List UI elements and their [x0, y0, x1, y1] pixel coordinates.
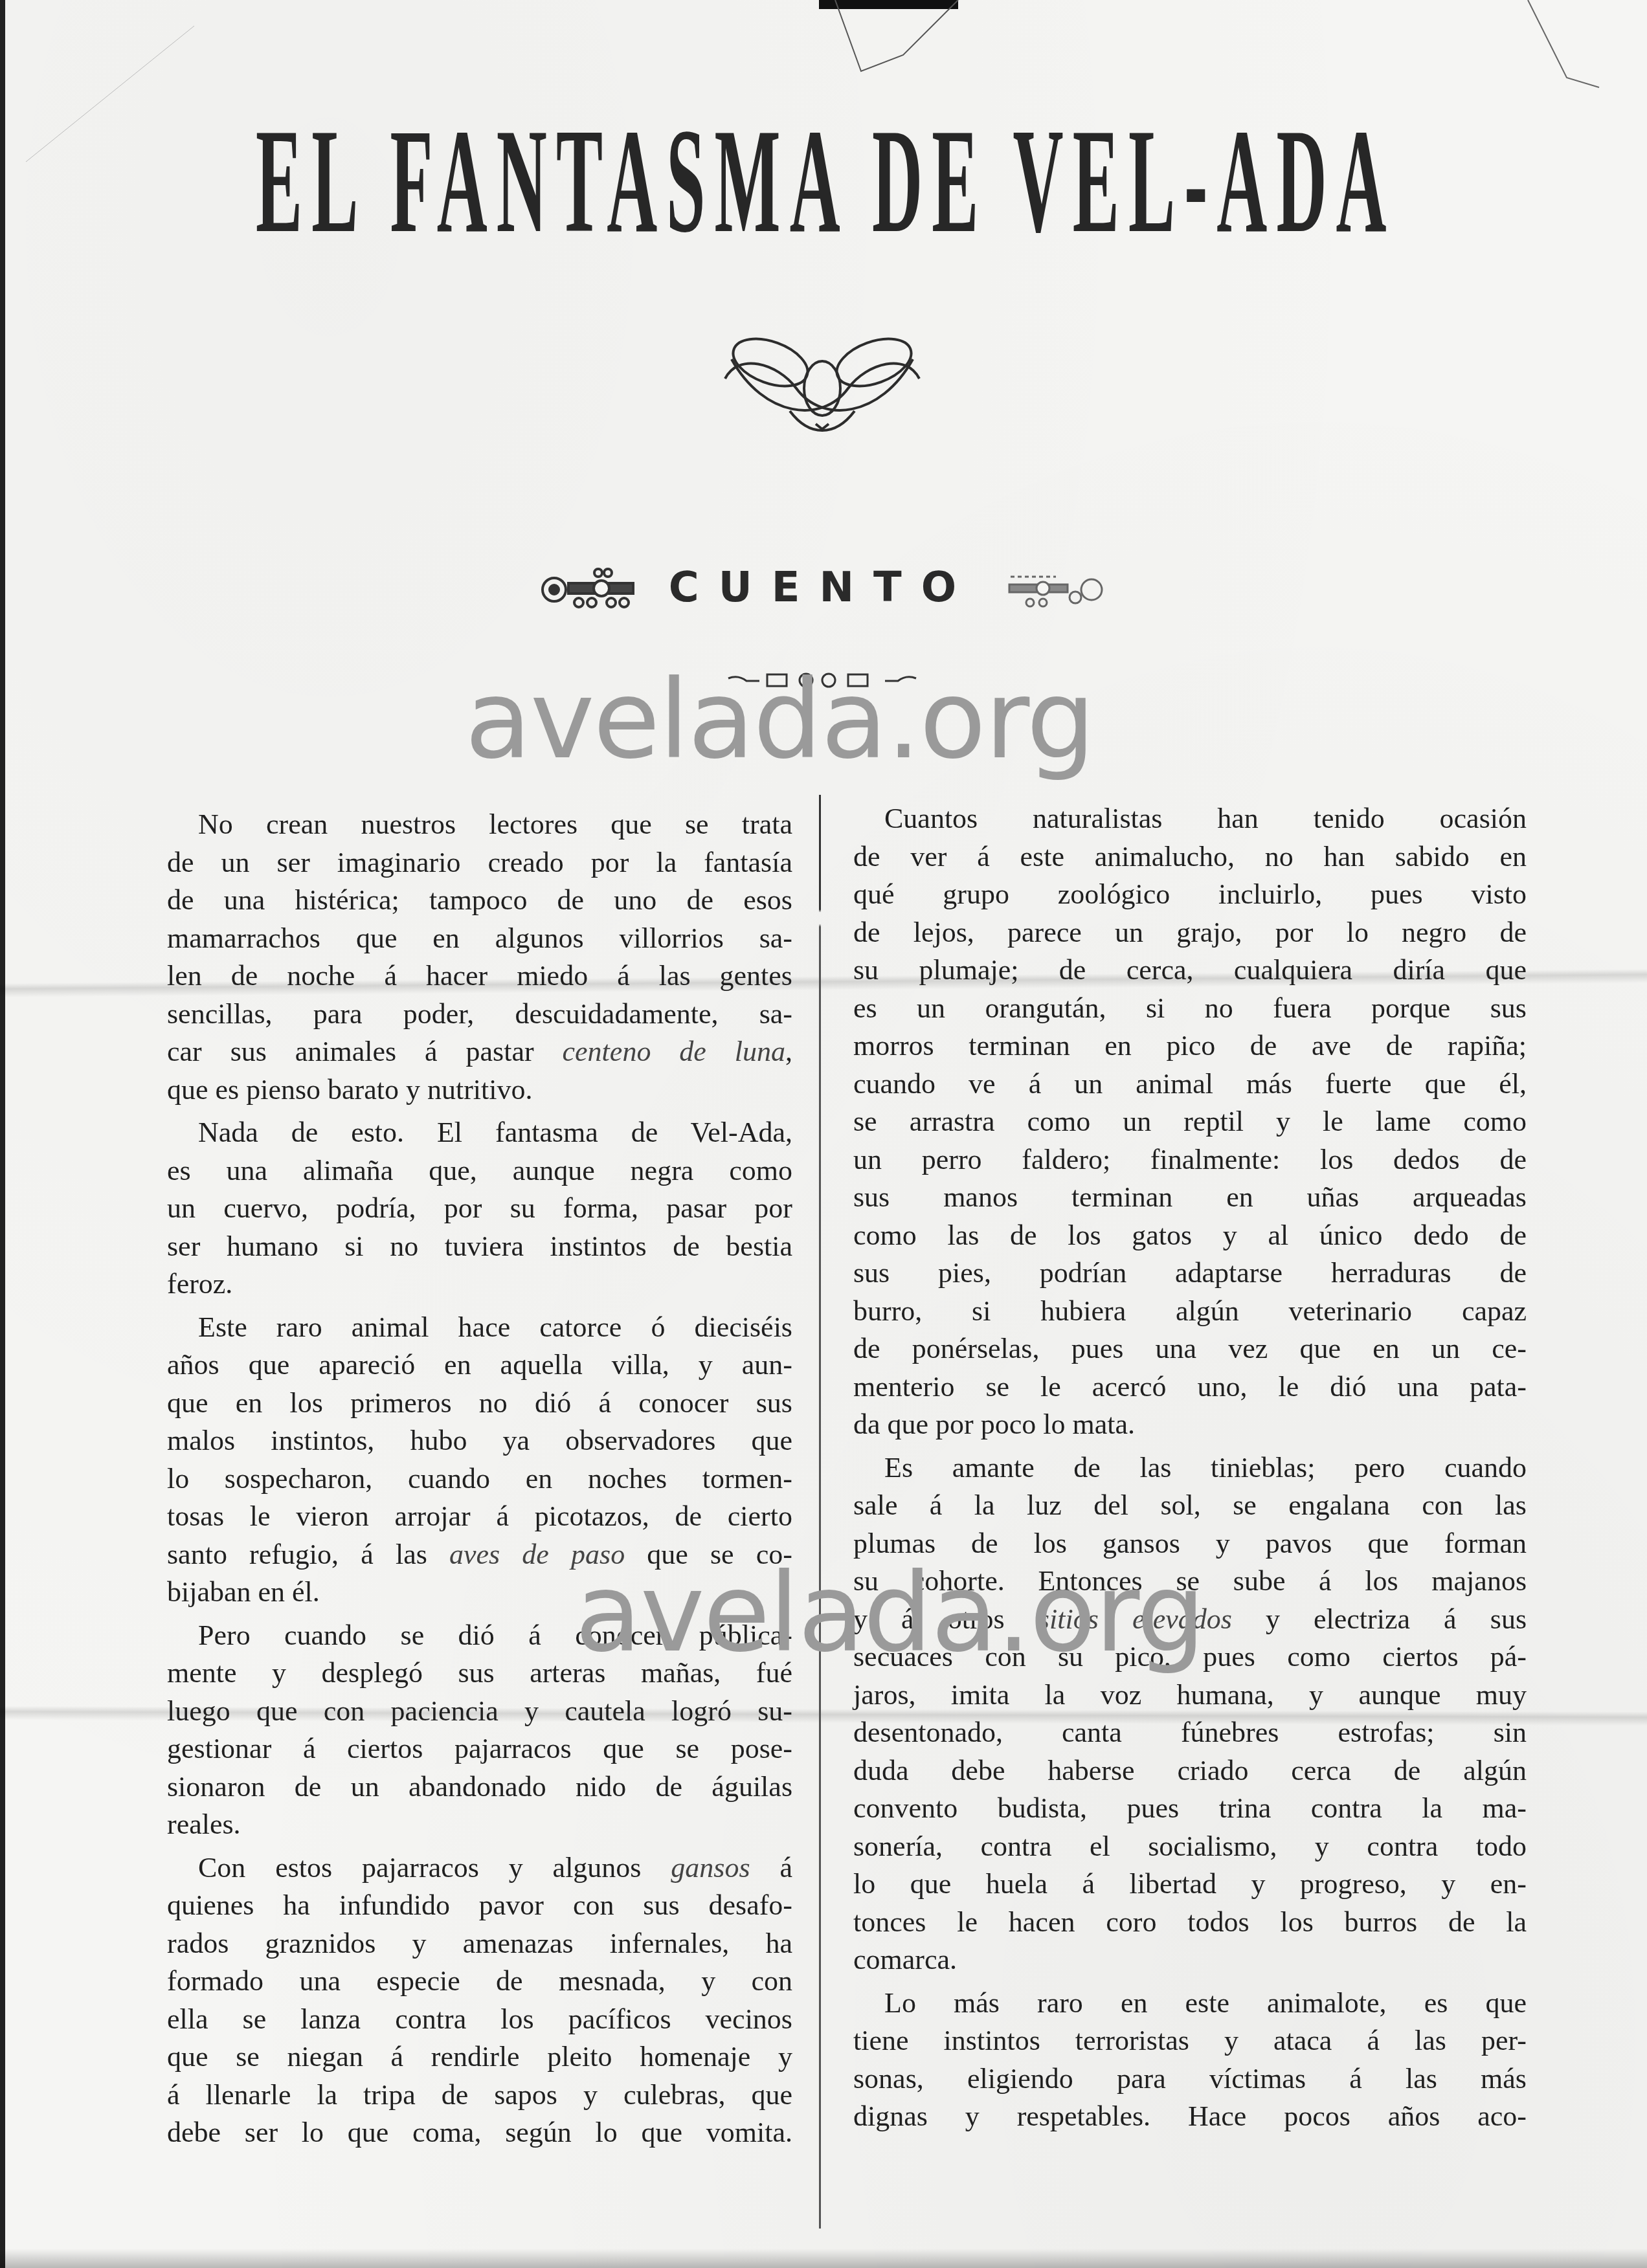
text-line: burro, si hubiera algún veterinario capa…	[853, 1293, 1527, 1331]
text-line: car sus animales á pastar centeno de lun…	[167, 1033, 792, 1071]
text-line: lo que huela á libertad y progreso, y en…	[853, 1865, 1527, 1904]
text-line: tonces le hacen coro todos los burros de…	[853, 1904, 1527, 1942]
text-line: se arrastra como un reptil y le lame com…	[853, 1103, 1527, 1141]
paragraph: Cuantos naturalistas han tenido ocasión …	[853, 800, 1527, 1444]
text-line: sonería, contra el socialismo, y contra …	[853, 1828, 1527, 1866]
text-line: de lejos, parece un grajo, por lo negro …	[853, 914, 1527, 952]
text-line: Con estos pajarracos y algunos gansos á	[167, 1849, 792, 1887]
text-line: que en los primeros no dió á conocer sus	[167, 1384, 792, 1423]
page-left-edge	[0, 0, 5, 2268]
text-line: gestionar á ciertos pajarracos que se po…	[167, 1730, 792, 1768]
text-line: de un ser imaginario creado por la fanta…	[167, 844, 792, 882]
title-text: EL FANTASMA DE VEL-ADA	[256, 117, 773, 246]
paragraph: Nada de esto. El fantasma de Vel-Ada, es…	[167, 1114, 792, 1304]
italic-phrase: centeno de luna	[563, 1036, 785, 1067]
page-title: EL FANTASMA DE VEL-ADA	[256, 117, 1356, 246]
text-line: es un orangután, si no fuera porque sus	[853, 990, 1527, 1028]
text-line: formado una especie de mesnada, y con	[167, 1962, 792, 2001]
text-line: comarca.	[853, 1941, 1527, 1979]
text-line: sus manos terminan en uñas arqueadas	[853, 1179, 1527, 1217]
text-line: lo sospecharon, cuando en noches tormen-	[167, 1460, 792, 1498]
text-line: sale á la luz del sol, se engalana con l…	[853, 1487, 1527, 1525]
watermark: avelada.org	[465, 665, 1094, 774]
text-line: Lo más raro en este animalote, es que	[853, 1984, 1527, 2023]
text-line: Es amante de las tinieblas; pero cuando	[853, 1449, 1527, 1487]
text-line: malos instintos, hubo ya observadores qu…	[167, 1422, 792, 1460]
text-line: quienes ha infundido pavor con sus desaf…	[167, 1887, 792, 1925]
text-line: de ver á este animalucho, no han sabido …	[853, 838, 1527, 876]
text-line: da que por poco lo mata.	[853, 1406, 1527, 1444]
flourish-ornament-icon	[693, 327, 952, 437]
paragraph: No crean nuestros lectores que se trata …	[167, 806, 792, 1109]
text-line: qué grupo zoológico incluirlo, pues vist…	[853, 876, 1527, 914]
text-line: Este raro animal hace catorce ó dieciséi…	[167, 1309, 792, 1347]
paragraph: Es amante de las tinieblas; pero cuando …	[853, 1449, 1527, 1979]
text-line: de ponérselas, pues una vez que en un ce…	[853, 1330, 1527, 1368]
text-line: tiene instintos terroristas y ataca á la…	[853, 2022, 1527, 2060]
text-line: desentonado, canta fúnebres estrofas; si…	[853, 1714, 1527, 1752]
text-line: menterio se le acercó uno, le dió una pa…	[853, 1368, 1527, 1406]
text-line: que se niegan á rendirle pleito homenaje…	[167, 2038, 792, 2076]
text-line: Cuantos naturalistas han tenido ocasión	[853, 800, 1527, 838]
page-bottom-edge	[0, 2249, 1647, 2268]
text-line: sonas, eligiendo para víctimas á las más	[853, 2060, 1527, 2098]
cuento-label: CUENTO	[669, 564, 976, 612]
text-line: len de noche á hacer miedo á las gentes	[167, 957, 792, 995]
text-line: morros terminan en pico de ave de rapiña…	[853, 1027, 1527, 1065]
watermark: avelada.org	[575, 1559, 1204, 1667]
text-line: su plumaje; de cerca, cualquiera diría q…	[853, 951, 1527, 990]
text-line: un perro faldero; finalmente: los dedos …	[853, 1141, 1527, 1179]
floral-ornament-icon	[540, 565, 640, 610]
text-line: sus pies, podrían adaptarse herraduras d…	[853, 1254, 1527, 1293]
text-line: Nada de esto. El fantasma de Vel-Ada,	[167, 1114, 792, 1152]
floral-ornament-icon	[1004, 565, 1104, 610]
text-line: No crean nuestros lectores que se trata	[167, 806, 792, 844]
text-line: de una histérica; tampoco de uno de esos	[167, 882, 792, 920]
text-line: duda debe haberse criado cerca de algún	[853, 1752, 1527, 1790]
italic-phrase: gansos	[671, 1852, 750, 1884]
section-heading: CUENTO	[479, 562, 1165, 614]
text-line: jaros, imita la voz humana, y aunque muy	[853, 1676, 1527, 1715]
text-line: que es pienso barato y nutritivo.	[167, 1071, 792, 1109]
paragraph: Con estos pajarracos y algunos gansos á …	[167, 1849, 792, 2152]
text-line: luego que con paciencia y cautela logró …	[167, 1693, 792, 1731]
text-line: dignas y respetables. Hace pocos años ac…	[853, 2098, 1527, 2136]
text-line: sencillas, para poder, descuidadamente, …	[167, 995, 792, 1034]
text-line: tosas le vieron arrojar á picotazos, de …	[167, 1498, 792, 1536]
text-line: es una alimaña que, aunque negra como	[167, 1152, 792, 1190]
text-line: sionaron de un abandonado nido de águila…	[167, 1768, 792, 1807]
column-divider	[819, 795, 821, 2229]
text-line: feroz.	[167, 1265, 792, 1304]
text-line: un cuervo, podría, por su forma, pasar p…	[167, 1190, 792, 1228]
paragraph: Lo más raro en este animalote, es que ti…	[853, 1984, 1527, 2136]
text-line: años que apareció en aquella villa, y au…	[167, 1346, 792, 1384]
text-line: debe ser lo que coma, según lo que vomit…	[167, 2114, 792, 2152]
text-line: ella se lanza contra los pacíficos vecin…	[167, 2001, 792, 2039]
article-column-left: No crean nuestros lectores que se trata …	[167, 806, 792, 2157]
text-line: convento budista, pues trina contra la m…	[853, 1790, 1527, 1828]
text-line: á llenarle la tripa de sapos y culebras,…	[167, 2076, 792, 2115]
text-line: rados graznidos y amenazas infernales, h…	[167, 1925, 792, 1963]
text-line: reales.	[167, 1806, 792, 1844]
article-column-right: Cuantos naturalistas han tenido ocasión …	[853, 800, 1527, 2141]
text-line: cuando ve á un animal más fuerte que él,	[853, 1065, 1527, 1104]
text-line: como las de los gatos y al único dedo de	[853, 1217, 1527, 1255]
text-line: ser humano si no tuviera instintos de be…	[167, 1228, 792, 1266]
text-line: mamarrachos que en algunos villorrios sa…	[167, 920, 792, 958]
